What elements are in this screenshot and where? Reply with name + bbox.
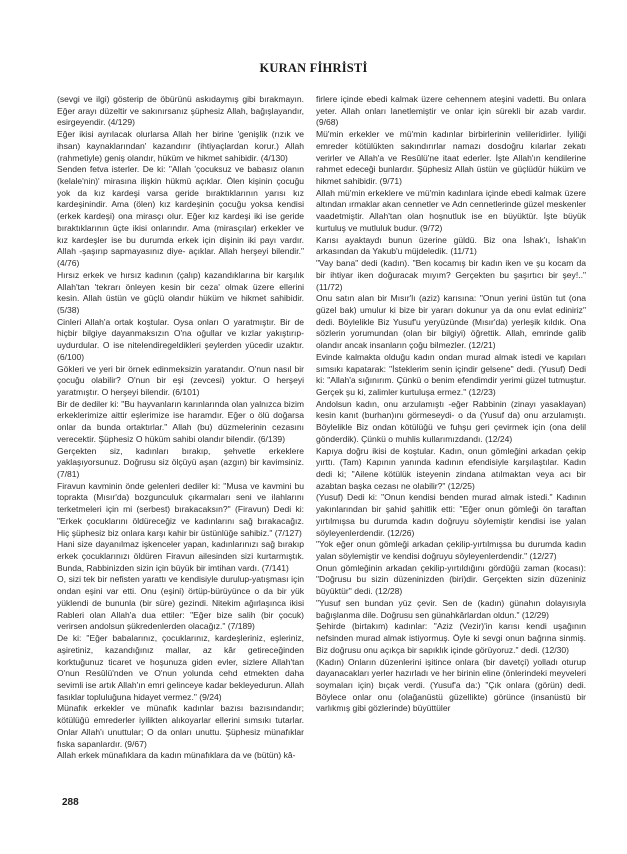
index-entry: firlere içinde ebedi kalmak üzere cehenn… <box>316 94 586 129</box>
index-entry: "Yok eğer onun gömleği arkadan çekilip-y… <box>316 539 586 562</box>
right-column: firlere içinde ebedi kalmak üzere cehenn… <box>316 94 586 715</box>
index-entry: Gökleri ve yeri bir örnek edinmeksizin y… <box>57 364 304 399</box>
index-entry: Andolsun kadın, onu arzulamıştı -eğer Ra… <box>316 399 586 446</box>
index-entry: Senden fetva isterler. De ki: "Allah 'ço… <box>57 164 304 269</box>
index-entry: Onu satın alan bir Mısır'lı (aziz) karıs… <box>316 293 586 352</box>
index-entry: Evinde kalmakta olduğu kadın ondan murad… <box>316 352 586 399</box>
index-entry: Onun gömleğinin arkadan çekilip-yırtıldı… <box>316 563 586 598</box>
index-entry: "Vay bana" dedi (kadın). "Ben kocamış bi… <box>316 258 586 293</box>
index-entry: Bir de dediler ki: "Bu hayvanların karın… <box>57 399 304 446</box>
page-title: KURAN FİHRİSTİ <box>0 61 627 76</box>
index-entry: Cinleri Allah'a ortak koştular. Oysa onl… <box>57 317 304 364</box>
page-number: 288 <box>62 797 79 808</box>
index-entry: Gerçekten siz, kadınları bırakıp, şehvet… <box>57 446 304 481</box>
index-entry: Şehirde (birtakım) kadınlar: "Aziz (Vezi… <box>316 621 586 656</box>
index-entry: Mü'min erkekler ve mü'min kadınlar birbi… <box>316 129 586 188</box>
index-entry: O, sizi tek bir nefisten yarattı ve kend… <box>57 574 304 633</box>
index-entry: (Kadın) Onların düzenlerini işitince onl… <box>316 657 586 716</box>
index-entry: Hırsız erkek ve hırsız kadının (çalıp) k… <box>57 270 304 317</box>
index-entry: Hani size dayanılmaz işkenceler yapan, k… <box>57 539 304 574</box>
index-entry: Allah erkek münafıklara da kadın münafık… <box>57 750 304 762</box>
index-entry: Eğer ikisi ayrılacak olurlarsa Allah her… <box>57 129 304 164</box>
index-entry: De ki: "Eğer babalarınız, çocuklarınız, … <box>57 633 304 703</box>
index-entry: Allah mü'min erkeklere ve mü'min kadınla… <box>316 188 586 235</box>
index-entry: Kapıya doğru ikisi de koştular. Kadın, o… <box>316 446 586 493</box>
index-entry: (sevgi ve ilgi) gösterip de öbürünü askı… <box>57 94 304 129</box>
index-entry: Firavun kavminin önde gelenleri dediler … <box>57 481 304 540</box>
index-entry: Münafık erkekler ve münafık kadınlar baz… <box>57 703 304 750</box>
index-entry: Karısı ayaktaydı bunun üzerine güldü. Bi… <box>316 235 586 258</box>
index-entry: "Yusuf sen bundan yüz çevir. Sen de (kad… <box>316 598 586 621</box>
index-entry: (Yusuf) Dedi ki: "Onun kendisi benden mu… <box>316 492 586 539</box>
left-column: (sevgi ve ilgi) gösterip de öbürünü askı… <box>57 94 304 762</box>
